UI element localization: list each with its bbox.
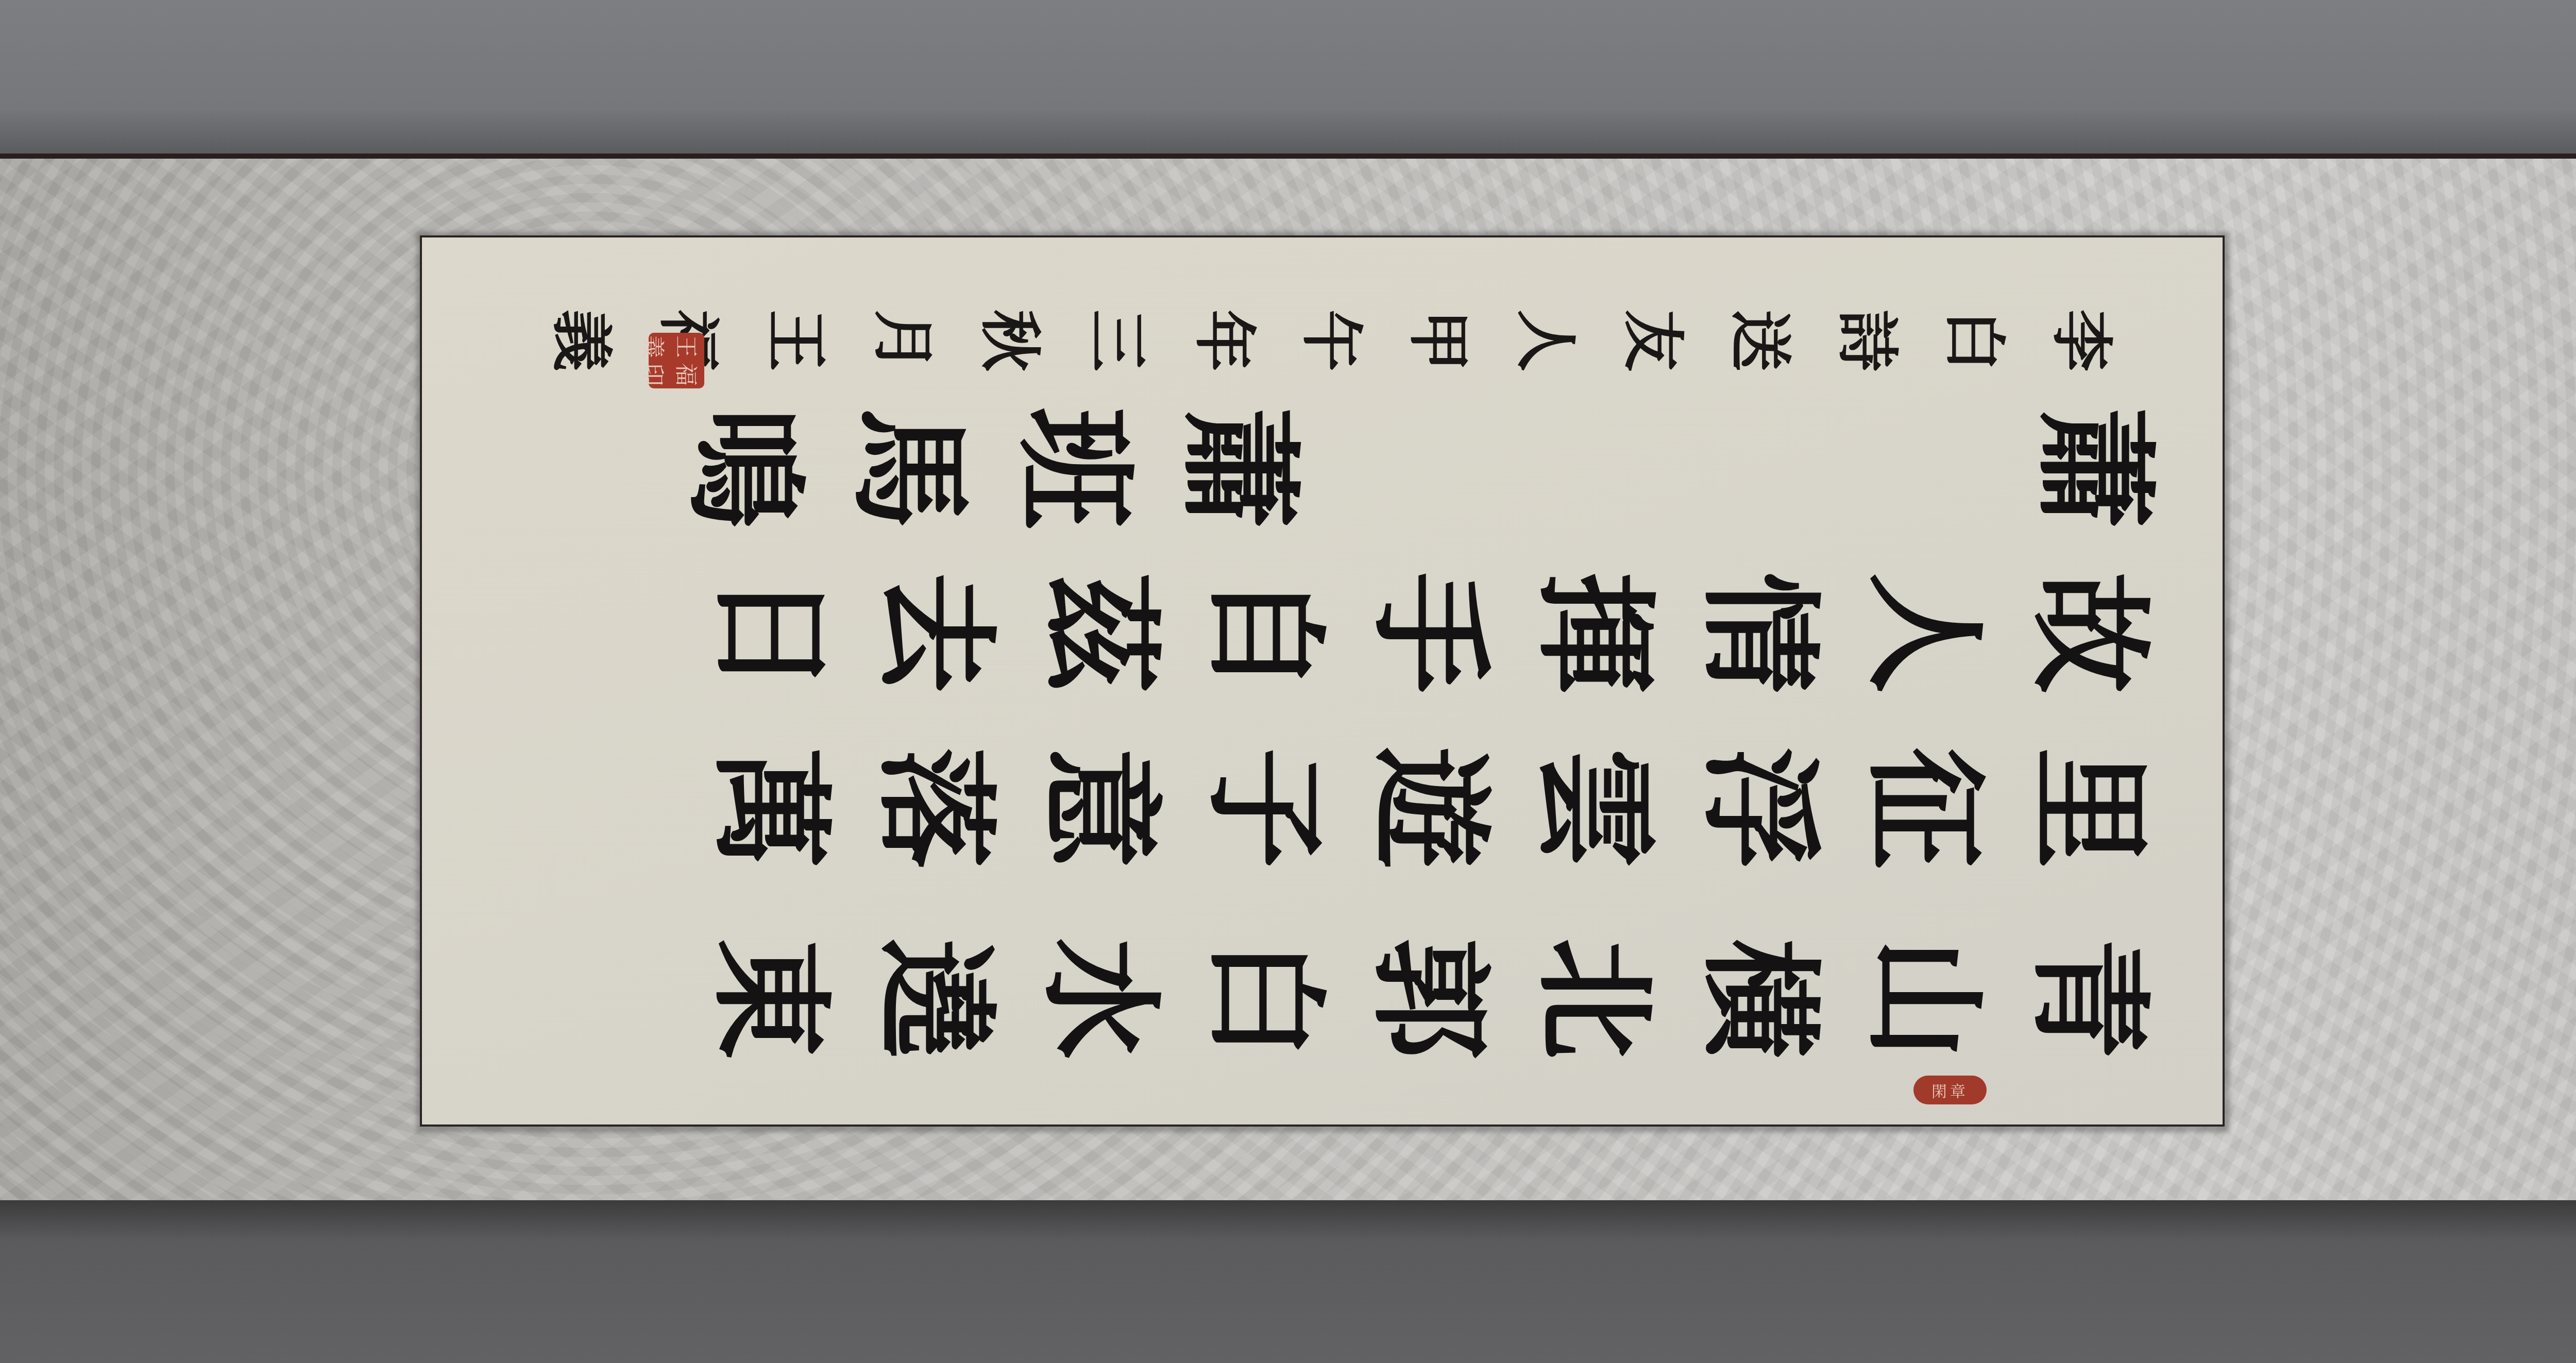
poem-char: 橫 <box>1699 932 1820 1066</box>
poem-char: 東 <box>709 932 831 1066</box>
poem-char: 萬 <box>709 741 831 875</box>
poem-column-3: 故 人 情 揮 手 自 茲 去 日 <box>703 572 2156 693</box>
poem-char: 揮 <box>1534 566 1655 700</box>
inscription-char: 人 <box>1514 302 1576 379</box>
poem-char: 浮 <box>1699 741 1820 875</box>
poem-char: 故 <box>2028 566 2149 700</box>
inscription-char: 月 <box>871 302 933 379</box>
poem-char: 白 <box>1204 932 1325 1066</box>
inscription-char: 秋 <box>978 302 1040 379</box>
inscription-char: 三 <box>1086 302 1147 379</box>
seal-char: 印 <box>638 363 671 386</box>
inscription-char: 送 <box>1728 302 1790 379</box>
inscription-char: 午 <box>1300 302 1362 379</box>
leisure-seal: 閑章 <box>1913 1076 1987 1104</box>
poem-char: 子 <box>1204 741 1325 875</box>
inscription-char: 白 <box>1943 302 2005 379</box>
poem-char: 鳴 <box>684 401 805 535</box>
poem-column-5: 蕭 班 馬 鳴 <box>677 407 1306 529</box>
inscription-char: 友 <box>1621 302 1683 379</box>
poem-char: 蕭 <box>2033 401 2155 535</box>
poem-char: 日 <box>709 566 831 700</box>
poem-char: 征 <box>1863 741 1985 875</box>
wall-background-top <box>0 0 2576 155</box>
inscription-char: 年 <box>1193 302 1255 379</box>
inscription-char: 王 <box>764 302 826 379</box>
poem-char: 青 <box>2028 932 2149 1066</box>
poem-char: 馬 <box>849 401 970 535</box>
poem-char: 遶 <box>874 932 995 1066</box>
inscription-char: 義 <box>550 302 612 379</box>
poem-column-4: 蕭 <box>2027 407 2161 529</box>
inscription: 李 白 詩 送 友 人 甲 午 年 三 秋 月 王 福 義 <box>542 310 2120 371</box>
poem-column-2: 里 征 浮 雲 遊 子 意 落 萬 <box>703 747 2156 868</box>
name-seal: 王 福 義 印 <box>649 333 704 388</box>
poem-char: 雲 <box>1534 741 1655 875</box>
poem-char: 遊 <box>1369 741 1490 875</box>
inscription-char: 詩 <box>1836 302 1897 379</box>
inscription-char: 甲 <box>1407 302 1469 379</box>
poem-char: 去 <box>874 566 995 700</box>
seal-char: 福 <box>671 363 704 386</box>
seal-char: 王 <box>671 335 704 358</box>
poem-char: 落 <box>874 741 995 875</box>
poem-column-1: 青 山 橫 北 郭 白 水 遶 東 <box>703 938 2156 1059</box>
poem-char: 班 <box>1013 401 1134 535</box>
poem-char: 水 <box>1039 932 1160 1066</box>
poem-char: 郭 <box>1369 932 1490 1066</box>
poem-char: 意 <box>1039 741 1160 875</box>
poem-char: 山 <box>1863 932 1985 1066</box>
seal-char: 義 <box>638 335 671 358</box>
poem-char: 人 <box>1863 566 1985 700</box>
poem-char: 茲 <box>1039 566 1160 700</box>
poem-char: 蕭 <box>1178 401 1299 535</box>
scroll-top-edge <box>0 154 2576 159</box>
wall-background-bottom <box>0 1200 2576 1363</box>
poem-char: 自 <box>1204 566 1325 700</box>
calligraphy-paper: 送友人 李白 李 白 詩 送 友 人 甲 午 年 三 秋 月 王 福 義 王 福… <box>420 235 2225 1127</box>
poem-char: 情 <box>1699 566 1820 700</box>
poem-char: 里 <box>2028 741 2149 875</box>
inscription-char: 李 <box>2050 302 2112 379</box>
poem-char: 北 <box>1534 932 1655 1066</box>
poem-char: 手 <box>1369 566 1490 700</box>
